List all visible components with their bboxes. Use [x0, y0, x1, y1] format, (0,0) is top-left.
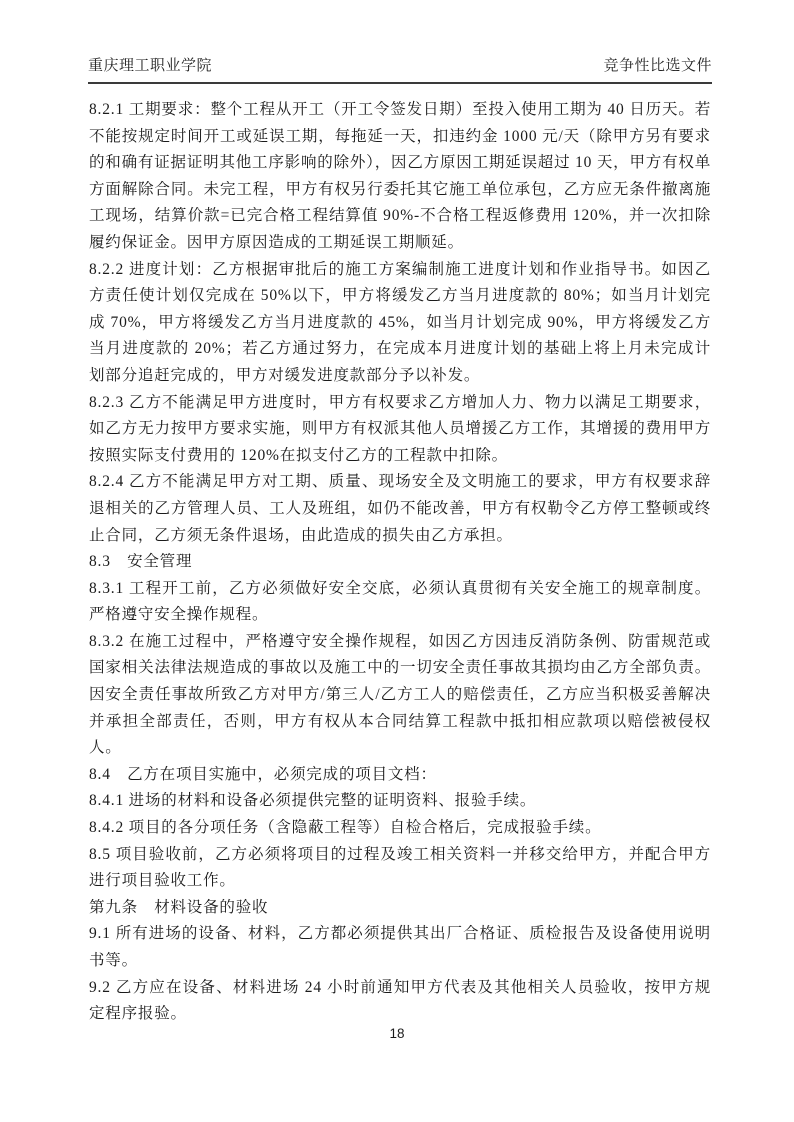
paragraph: 8.4.2 项目的各分项任务（含隐蔽工程等）自检合格后，完成报验手续。: [89, 815, 711, 842]
paragraph: 9.2 乙方应在设备、材料进场 24 小时前通知甲方代表及其他相关人员验收，按甲…: [89, 975, 711, 1028]
paragraph: 8.4 乙方在项目实施中，必须完成的项目文档：: [89, 762, 711, 789]
paragraph: 8.2.3 乙方不能满足甲方进度时，甲方有权要求乙方增加人力、物力以满足工期要求…: [89, 390, 711, 470]
paragraph: 9.1 所有进场的设备、材料，乙方都必须提供其出厂合格证、质检报告及设备使用说明…: [89, 921, 711, 974]
paragraph: 第九条 材料设备的验收: [89, 895, 711, 922]
paragraph: 8.2.1 工期要求：整个工程从开工（开工令签发日期）至投入使用工期为 40 日…: [89, 97, 711, 257]
header-right-title: 竞争性比选文件: [603, 54, 712, 75]
paragraph: 8.2.2 进度计划：乙方根据审批后的施工方案编制施工进度计划和作业指导书。如因…: [89, 257, 711, 390]
page-footer: 18: [0, 1026, 794, 1041]
paragraph: 8.3.2 在施工过程中，严格遵守安全操作规程，如因乙方因违反消防条例、防雷规范…: [89, 629, 711, 762]
paragraph: 8.3.1 工程开工前，乙方必须做好安全交底，必须认真贯彻有关安全施工的规章制度…: [89, 576, 711, 629]
page-header: 重庆理工职业学院 竞争性比选文件: [88, 54, 712, 75]
header-divider: [88, 82, 712, 84]
paragraph: 8.4.1 进场的材料和设备必须提供完整的证明资料、报验手续。: [89, 788, 711, 815]
page-number: 18: [389, 1026, 404, 1041]
paragraph: 8.5 项目验收前，乙方必须将项目的过程及竣工相关资料一并移交给甲方，并配合甲方…: [89, 842, 711, 895]
document-body: 8.2.1 工期要求：整个工程从开工（开工令签发日期）至投入使用工期为 40 日…: [89, 97, 711, 1028]
document-page: 重庆理工职业学院 竞争性比选文件 8.2.1 工期要求：整个工程从开工（开工令签…: [0, 0, 794, 1122]
paragraph: 8.2.4 乙方不能满足甲方对工期、质量、现场安全及文明施工的要求，甲方有权要求…: [89, 469, 711, 549]
header-left-title: 重庆理工职业学院: [88, 54, 212, 75]
paragraph: 8.3 安全管理: [89, 549, 711, 576]
